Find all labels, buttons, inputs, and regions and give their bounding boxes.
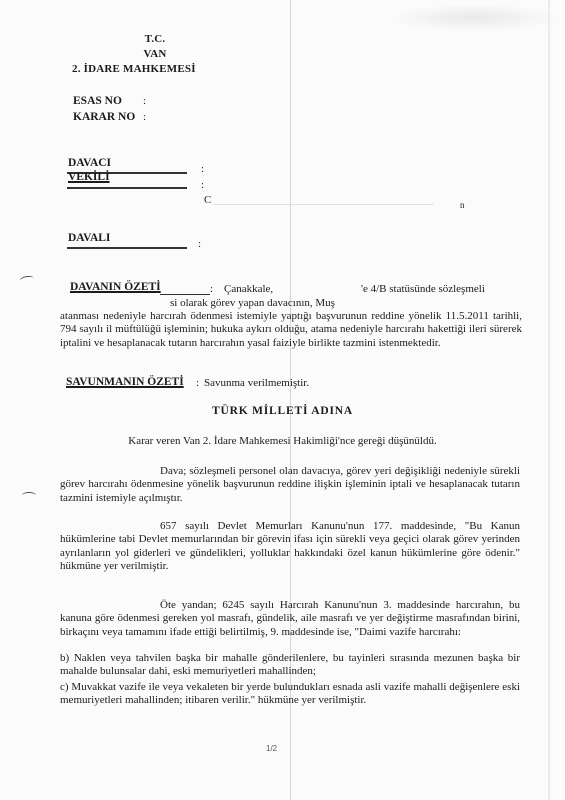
davali-colon: : (198, 238, 201, 250)
header-city: VAN (110, 48, 200, 60)
karar-no-label: KARAR NO (73, 111, 135, 123)
page-number: 1/2 (266, 744, 277, 753)
karar-no-colon: : (143, 111, 146, 123)
paragraph-6245-text: Öte yandan; 6245 sayılı Harcırah Kanunu'… (60, 599, 520, 638)
paragraph-dava-text: Dava; sözleşmeli personel olan davacıya,… (60, 465, 520, 504)
vekili-colon: : (201, 179, 204, 191)
savunma-ozeti-label: SAVUNMANIN ÖZETİ (66, 376, 184, 388)
davali-label: DAVALI (68, 232, 110, 244)
header-tc: T.C. (110, 33, 200, 45)
dava-ozeti-line2-start: si olarak görev yapan davacının, Muş (170, 297, 335, 309)
paragraph-dava: Dava; sözleşmeli personel olan davacıya,… (60, 465, 520, 505)
dava-ozeti-text: atanması nedeniyle harcırah ödenmesi ist… (60, 310, 522, 350)
paragraph-6245: Öte yandan; 6245 sayılı Harcırah Kanunu'… (60, 599, 520, 639)
decision-title: TÜRK MİLLETİ ADINA (0, 405, 565, 417)
savunma-ozeti-colon: : (196, 377, 199, 389)
dava-ozeti-underline (160, 294, 210, 295)
scan-smudge (390, 4, 560, 32)
list-item-c: c) Muvakkat vazife ile veya vekaleten bi… (60, 681, 520, 708)
vekili-address-start: C (204, 194, 211, 206)
vekili-address-end: n (460, 200, 465, 210)
davali-underline (67, 247, 187, 249)
savunma-ozeti-text: Savunma verilmemiştir. (204, 377, 309, 389)
document-page: T.C. VAN 2. İDARE MAHKEMESİ ESAS NO : KA… (0, 0, 565, 800)
paragraph-657-text: 657 sayılı Devlet Memurları Kanunu'nun 1… (60, 520, 520, 572)
vekili-label: VEKİLİ (68, 171, 110, 183)
esas-no-label: ESAS NO (73, 95, 122, 107)
decision-intro: Karar veren Van 2. İdare Mahkemesi Hakim… (0, 435, 565, 447)
davaci-label: DAVACI (68, 157, 111, 169)
punch-hole-mark-icon (19, 275, 34, 284)
vekili-address-redacted (214, 204, 434, 205)
dava-ozeti-line1-end: 'e 4/B statüsünde sözleşmeli (361, 283, 485, 295)
punch-hole-mark-icon (22, 492, 36, 499)
davaci-colon: : (201, 163, 204, 175)
dava-ozeti-line1-start: Çanakkale, (224, 283, 273, 295)
page-edge (548, 0, 550, 800)
vekili-underline (67, 187, 187, 189)
list-item-b: b) Naklen veya tahvilen başka bir mahall… (60, 652, 520, 679)
dava-ozeti-colon: : (210, 283, 213, 295)
page-fold-line (290, 0, 291, 800)
esas-no-colon: : (143, 95, 146, 107)
paragraph-657: 657 sayılı Devlet Memurları Kanunu'nun 1… (60, 520, 520, 574)
dava-ozeti-label: DAVANIN ÖZETİ (70, 281, 161, 293)
header-court: 2. İDARE MAHKEMESİ (72, 63, 222, 75)
